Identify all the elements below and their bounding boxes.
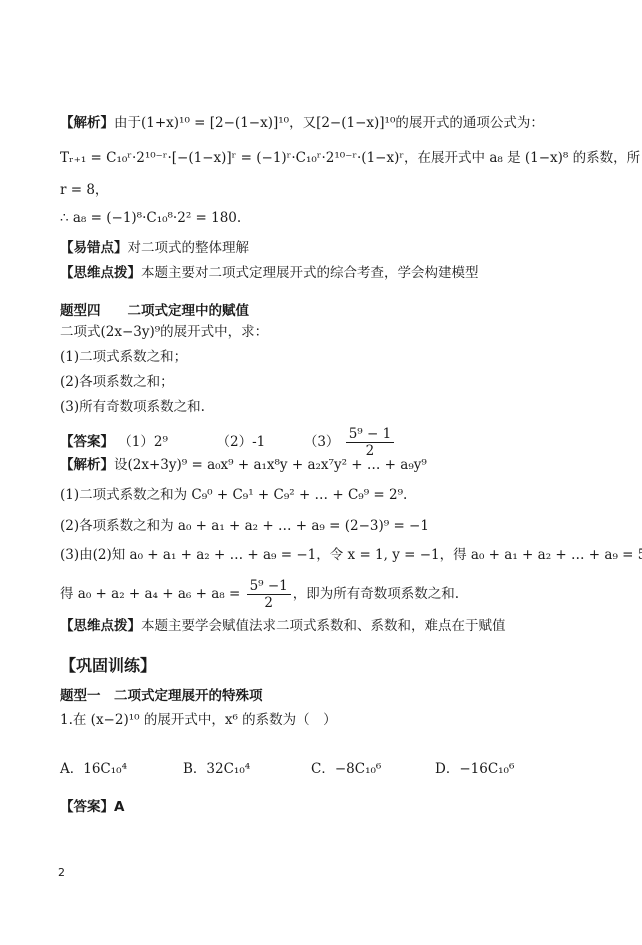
analysis2-line5: 得 a₀ + a₂ + a₄ + a₆ + a₈ = 5⁹ −1 2 ，即为所有… [60,578,459,611]
practice-heading: 题型一 二项式定理展开的特殊项 [60,686,263,706]
analysis2-line2: (1)二项式系数之和为 C₉⁰ + C₉¹ + C₉² + … + C₉⁹ = … [60,485,407,505]
type4-heading: 题型四 二项式定理中的赋值 [60,301,249,321]
option-b: B．32C₁₀⁴ [183,757,250,777]
thinking-tip-1: 【思维点拨】本题主要对二项式定理展开式的综合考查，学会构建模型 [60,263,479,283]
analysis2-line3: (2)各项系数之和为 a₀ + a₁ + a₂ + … + a₉ = (2−3)… [60,516,429,536]
type4-item-2: (2)各项系数之和； [60,372,174,392]
analysis1-line4: ∴ a₈ = (−1)⁸·C₁₀⁸·2² = 180. [60,208,241,228]
analysis1-line1: 【解析】由于(1+x)¹⁰ = [2−(1−x)]¹⁰，又[2−(1−x)]¹⁰… [60,113,544,133]
practice-answer: 【答案】A [60,797,124,817]
analysis2-line4: (3)由(2)知 a₀ + a₁ + a₂ + … + a₉ = −1，令 x … [60,545,642,565]
practice-question: 1.在 (x−2)¹⁰ 的展开式中，x⁶ 的系数为（ ） [60,710,337,730]
practice-section-title: 【巩固训练】 [60,656,156,676]
type4-question: 二项式(2x−3y)⁹的展开式中，求： [60,322,268,342]
error-point: 【易错点】对二项式的整体理解 [60,238,249,258]
page-number: 2 [58,866,65,879]
type4-item-1: (1)二项式系数之和； [60,347,187,367]
analysis1-line2: Tᵣ₊₁ = C₁₀ʳ·2¹⁰⁻ʳ·[−(1−x)]ʳ = (−1)ʳ·C₁₀ʳ… [60,148,642,168]
analysis1-line3: r = 8， [60,180,108,200]
type4-item-3: (3)所有奇数项系数之和. [60,397,205,417]
option-d: D．−16C₁₀⁶ [435,757,514,777]
fraction: 5⁹ −1 2 [247,578,291,611]
option-a: A．16C₁₀⁴ [60,757,127,777]
analysis2-line1: 【解析】设(2x+3y)⁹ = a₀x⁹ + a₁x⁸y + a₂x⁷y² + … [60,455,427,475]
option-c: C．−8C₁₀⁶ [311,757,381,777]
thinking-tip-2: 【思维点拨】本题主要学会赋值法求二项式系数和、系数和，难点在于赋值 [60,616,506,636]
